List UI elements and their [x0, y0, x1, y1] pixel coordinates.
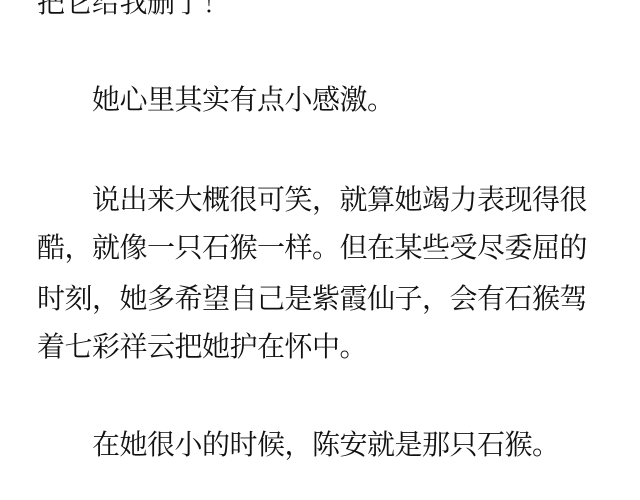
text-line: 酷，就像一只石猴一样。但在某些受尽委屈的 [37, 231, 587, 265]
text-line: 着七彩祥云把她护在怀中。 [37, 330, 367, 364]
text-line: 说出来大概很可笑，就算她竭力表现得很 [92, 183, 587, 217]
text-line: 在她很小的时候，陈安就是那只石猴。 [92, 428, 560, 462]
text-line: 时刻，她多希望自己是紫霞仙子，会有石猴驾 [37, 282, 587, 316]
text-line: 把它给我删了！ [37, 0, 230, 20]
text-line: 她心里其实有点小感激。 [92, 83, 395, 117]
